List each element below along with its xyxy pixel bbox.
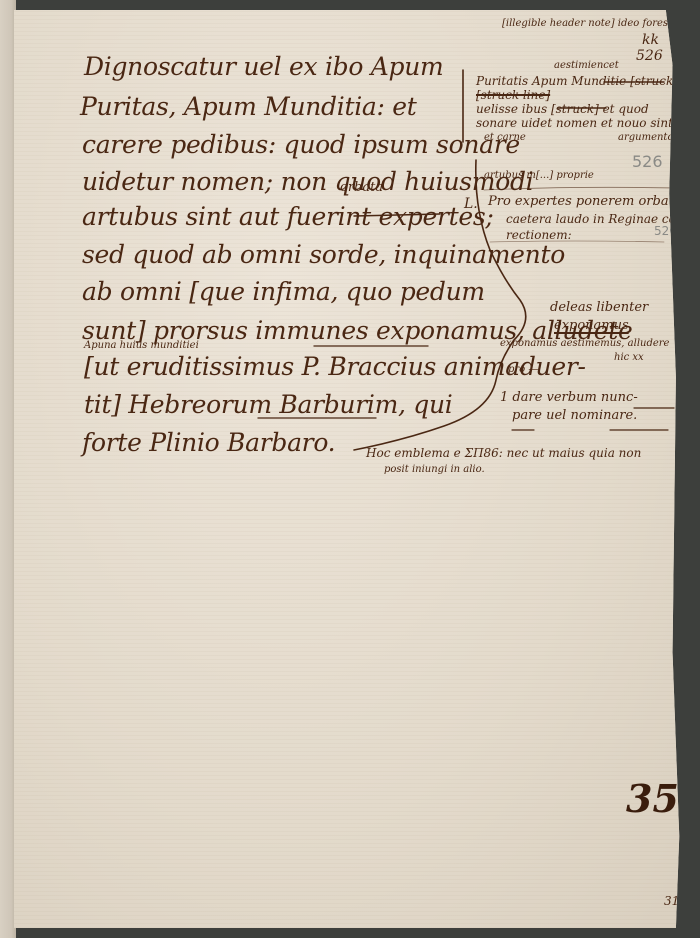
margin-note-2: artubus m[...] proprie [484, 170, 594, 181]
note4-line4: pro — [508, 364, 538, 375]
note4-line3b: hic xx [614, 352, 644, 363]
top-header-note: [illegible header note] ideo fores [502, 18, 668, 29]
note1-line3: uelisse ibus [struck] et quod [476, 102, 649, 116]
note1-line4: sonare uidet nomen et nouo sint [476, 116, 673, 130]
main-line-1: Dignoscatur uel ex ibo Apum [84, 52, 443, 81]
main-line-3: carere pedibus: quod ipsum sonare [82, 130, 520, 159]
folio-mark-35: 35 [626, 776, 679, 821]
insertion-orbata: orbata [340, 180, 383, 195]
note1-line5-right: argumento. [618, 132, 676, 143]
note3-line1: Pro expertes ponerem orbato [488, 194, 682, 209]
note1-line5-left: et carne [484, 132, 526, 143]
main-line-11: forte Plinio Barbaro. [82, 428, 335, 457]
note4-line3: exponamus aestimemus, alludere [500, 338, 669, 349]
pencil-number-526-b: 526 [654, 224, 677, 238]
shelfmark: kk [642, 32, 659, 48]
corner-number: 31 [664, 894, 679, 908]
note5-line2: pare uel nominare. [512, 408, 637, 423]
note6-line1: Hoc emblema e ΣΠ86: nec ut maius quia no… [366, 446, 641, 460]
main-line-2: Puritas, Apum Munditia: et [80, 92, 417, 121]
note5-line1: 1 dare verbum nunc- [500, 390, 638, 405]
insertion-apuna: Apuna huius munditiei [84, 340, 199, 351]
main-line-10: tit] Hebreorum Barburim, qui [84, 390, 452, 419]
note3-line3: rectionem: [506, 228, 572, 242]
pencil-number-526-a: 526 [632, 152, 663, 171]
note4-line1: deleas libenter [550, 300, 648, 315]
manuscript-page: Dignoscatur uel ex ibo Apum Puritas, Apu… [14, 10, 686, 928]
main-line-7: ab omni [que infima, quo pedum [82, 277, 485, 306]
main-line-5: artubus sint aut fuerint expertes; [82, 202, 494, 231]
adjacent-page-edge [0, 0, 16, 938]
note1-line1: Puritatis Apum Munditie [struck] [476, 74, 678, 88]
note4-line2: exponamus [554, 318, 629, 333]
note3-marker: L. [464, 196, 478, 212]
note1-above: aestimiencet [554, 60, 619, 71]
main-line-4: uidetur nomen; non quod huiusmodi [82, 167, 533, 196]
folio-number-ink: 526 [636, 48, 663, 64]
note1-line2: [struck line] [476, 88, 550, 102]
main-line-6: sed quod ab omni sorde, inquinamento [82, 240, 565, 269]
note6-line2: posit iniungi in alio. [384, 464, 485, 475]
